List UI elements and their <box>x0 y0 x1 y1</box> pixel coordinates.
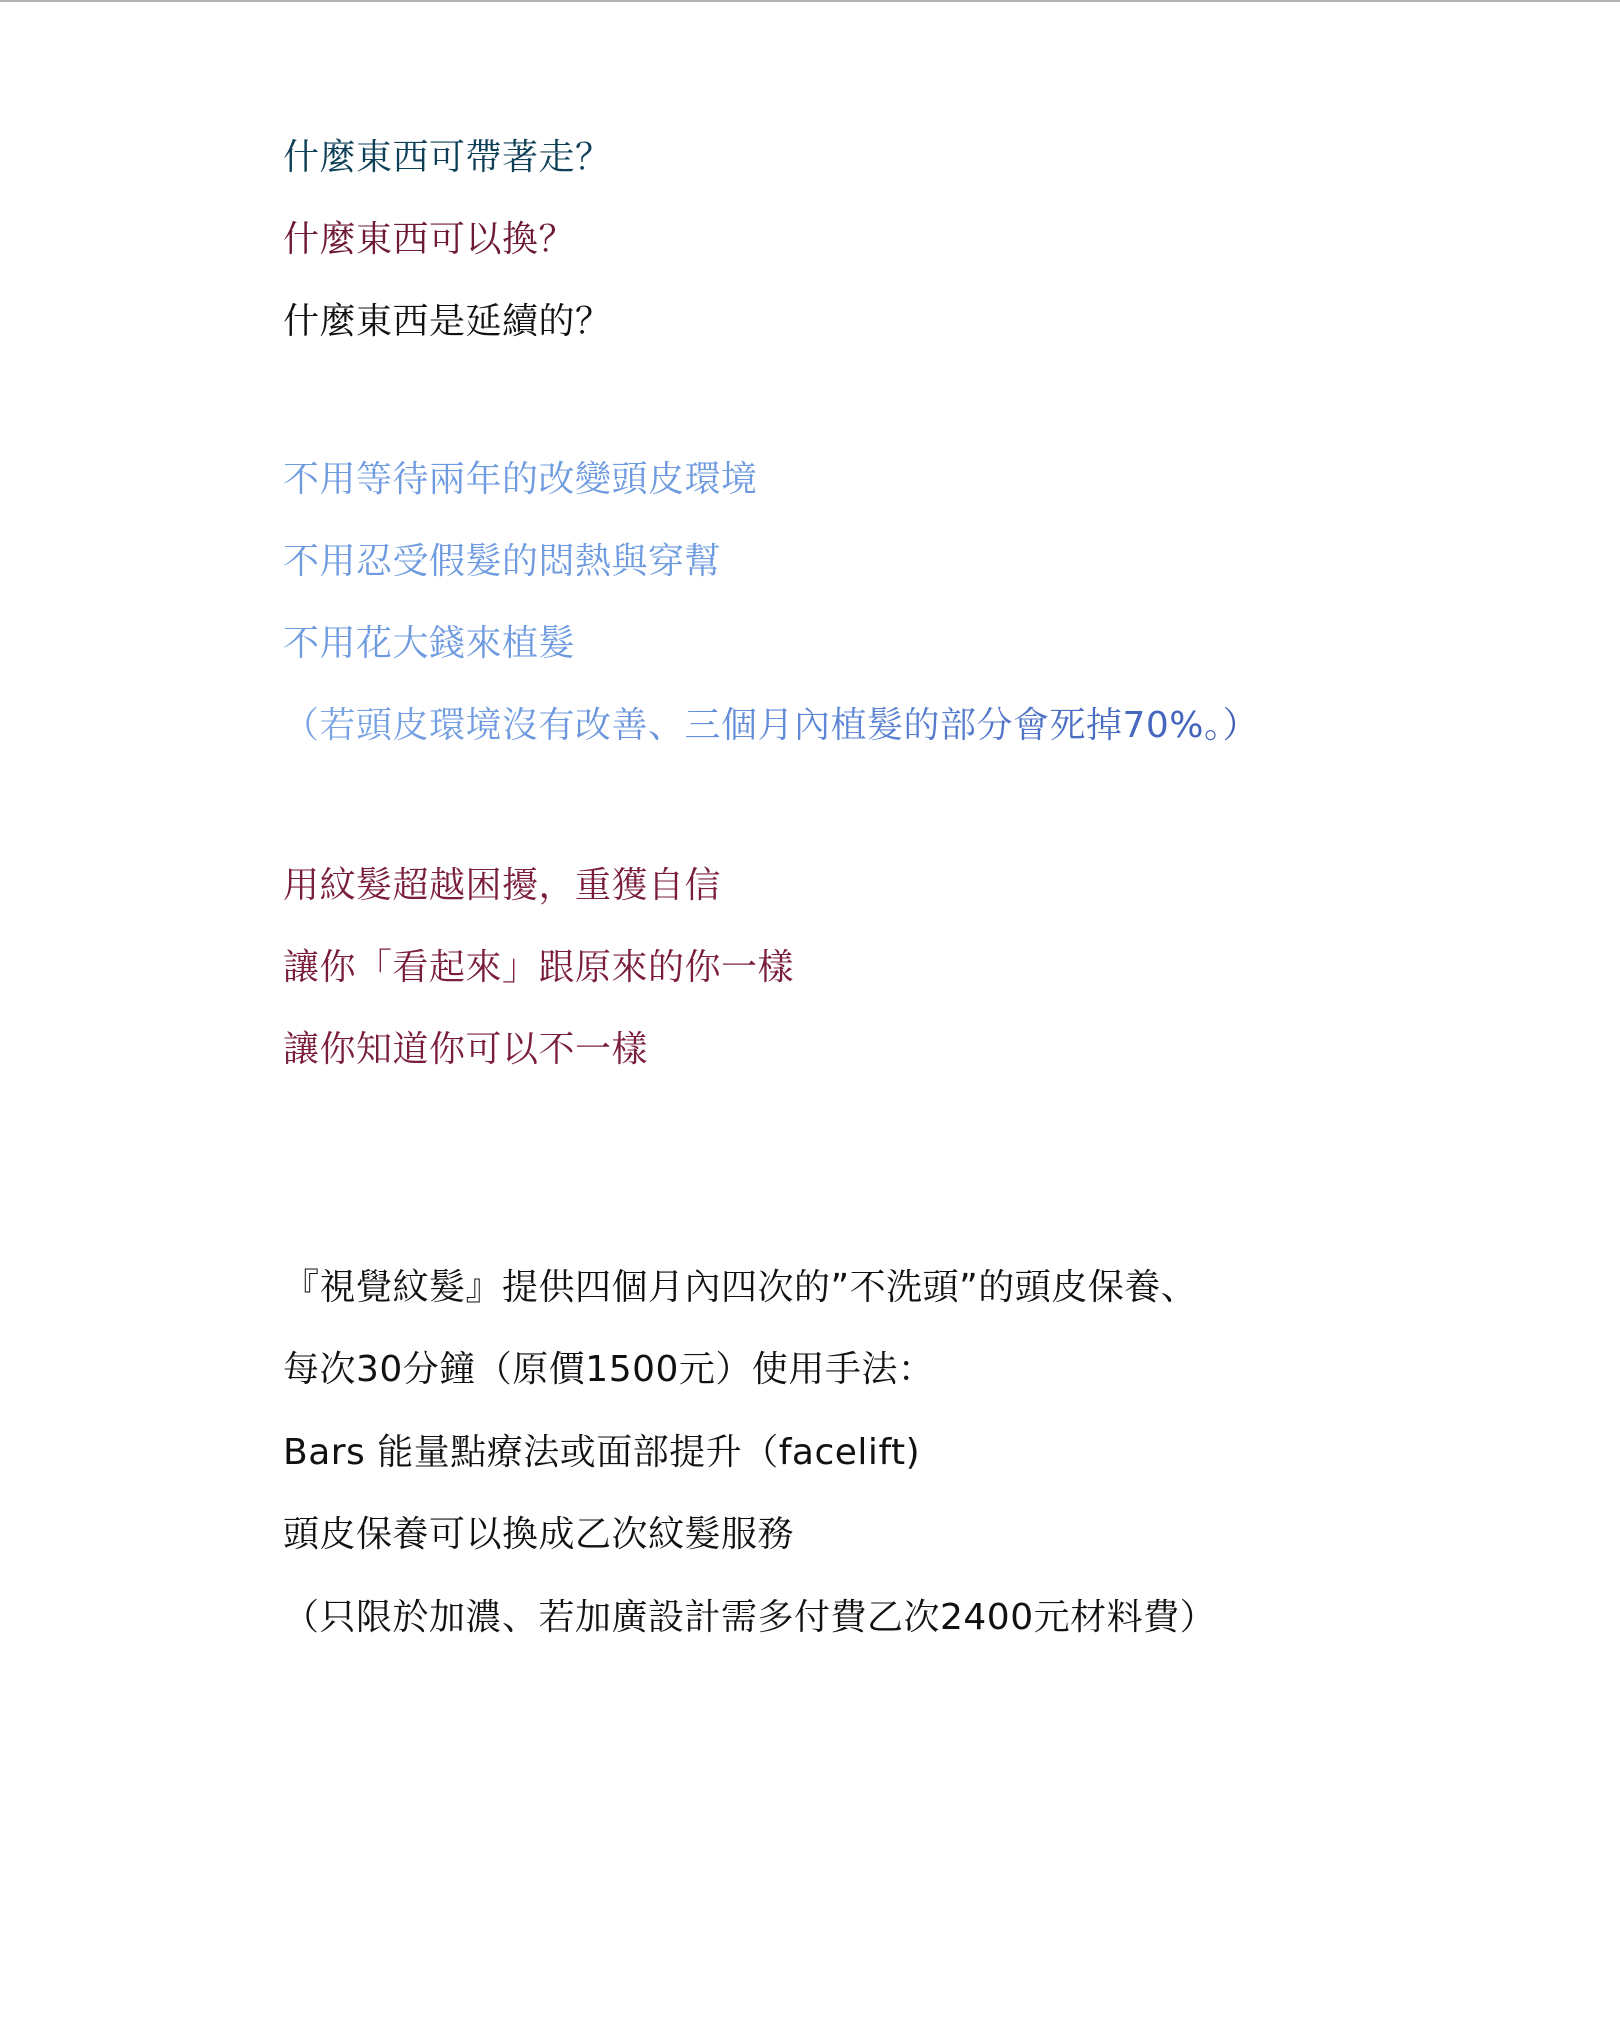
benefits-note: （若頭皮環境沒有改善、三個月內植髮的部分會死掉70%。） <box>283 704 1259 748</box>
question-exchangeable: 什麼東西可以換？ <box>283 218 575 262</box>
offer-line: 每次30分鐘（原價1500元）使用手法： <box>283 1348 934 1392</box>
question-portable: 什麼東西可帶著走？ <box>283 136 612 180</box>
benefit-item: 不用花大錢來植髮 <box>283 622 575 666</box>
benefit-item: 不用等待兩年的改變頭皮環境 <box>283 458 758 502</box>
slogan-line: 讓你知道你可以不一樣 <box>283 1028 648 1072</box>
slogan-line: 讓你「看起來」跟原來的你一樣 <box>283 946 794 990</box>
offer-line: Bars 能量點療法或面部提升（facelift) <box>283 1431 920 1475</box>
top-border-rule <box>0 0 1620 2</box>
benefit-item: 不用忍受假髮的悶熱與穿幫 <box>283 540 721 584</box>
offer-line: 『視覺紋髮』提供四個月內四次的”不洗頭”的頭皮保養、 <box>283 1266 1197 1310</box>
offer-note: （只限於加濃、若加廣設計需多付費乙次2400元材料費） <box>283 1596 1216 1640</box>
slogan-line: 用紋髮超越困擾，重獲自信 <box>283 864 721 908</box>
offer-line: 頭皮保養可以換成乙次紋髮服務 <box>283 1513 794 1557</box>
question-continuous: 什麼東西是延續的？ <box>283 300 612 344</box>
